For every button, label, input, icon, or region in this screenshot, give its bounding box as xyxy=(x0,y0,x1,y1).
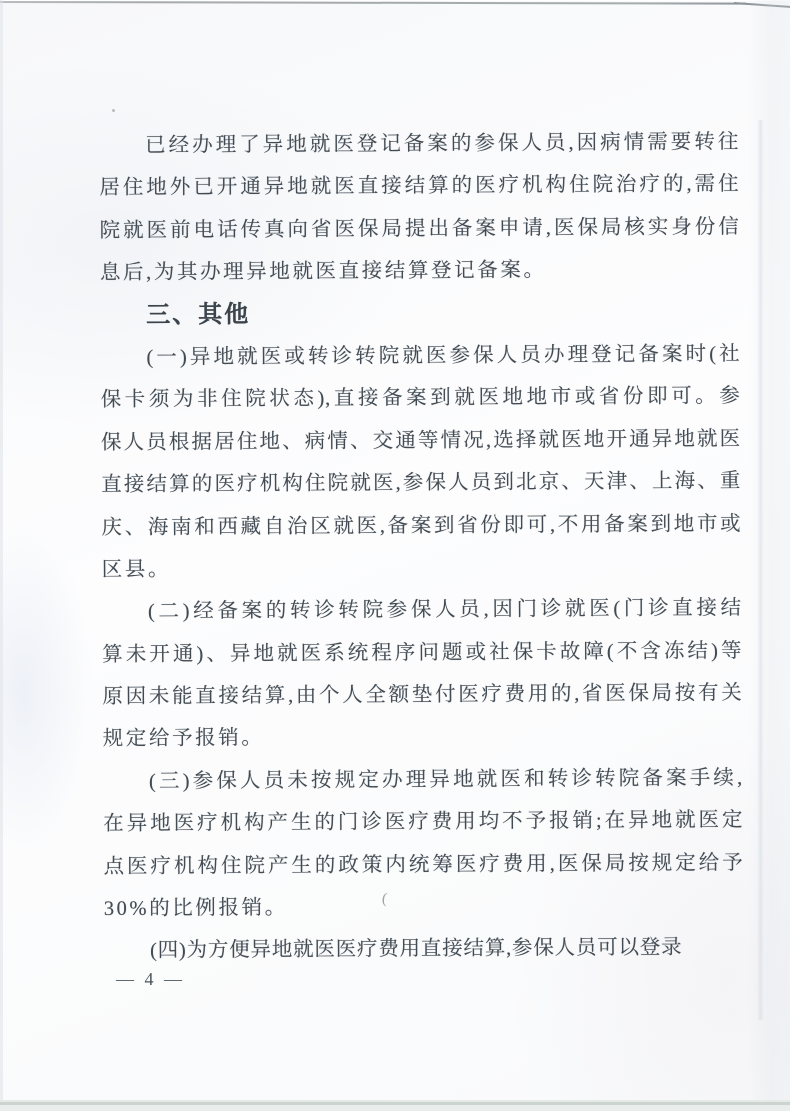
document-body: 已经办理了异地就医登记备案的参保人员,因病情需要转往 居住地外已开通异地就医直接… xyxy=(99,121,744,973)
scanned-page: 已经办理了异地就医登记备案的参保人员,因病情需要转往 居住地外已开通异地就医直接… xyxy=(0,0,790,1111)
text-line: 院就医前电话传真向省医保局提出备案申请,医保局核实身份信 xyxy=(100,206,740,252)
text-line: 区县。 xyxy=(102,545,742,591)
text-line: 保卡须为非住院状态),直接备案到就医地地市或省份即可。参 xyxy=(101,375,741,421)
text-line: 居住地外已开通异地就医直接结算的医疗机构住院治疗的,需住 xyxy=(99,163,739,209)
text-line: 保人员根据居住地、病情、交通等情况,选择就医地开通异地就医 xyxy=(101,418,741,464)
text-line: 原因未能直接结算,由个人全额垫付医疗费用的,省医保局按有关 xyxy=(102,672,742,718)
text-line: 规定给予报销。 xyxy=(103,715,743,761)
text-line: 直接结算的医疗机构住院就医,参保人员到北京、天津、上海、重 xyxy=(101,460,741,506)
text-line: (四)为方便异地就医医疗费用直接结算,参保人员可以登录 xyxy=(104,926,744,972)
section-heading-other: 三、其他 xyxy=(100,291,740,337)
scan-edge-left-shading xyxy=(0,0,3,1111)
text-line: 点医疗机构住院产生的政策内统筹医疗费用,医保局按规定给予 xyxy=(103,842,743,888)
scan-edge-bottom-under xyxy=(0,1105,790,1111)
scan-edge-right-shading xyxy=(748,0,790,1111)
page-number: — 4 — xyxy=(116,965,185,993)
text-line: 已经办理了异地就医登记备案的参保人员,因病情需要转往 xyxy=(99,121,739,167)
text-line: 30%的比例报销。 xyxy=(104,884,744,930)
paper-fold-right xyxy=(757,120,764,1020)
text-line: 庆、海南和西藏自治区就医,备案到省份即可,不用备案到地市或 xyxy=(101,503,741,549)
text-line: 算未开通)、异地就医系统程序问题或社保卡故障(不含冻结)等 xyxy=(102,630,742,676)
scan-edge-top-line xyxy=(0,1,746,5)
text-line: 息后,为其办理异地就医直接结算登记备案。 xyxy=(100,248,740,294)
text-line: (二)经备案的转诊转院参保人员,因门诊就医(门诊直接结 xyxy=(102,587,742,633)
text-line: (三)参保人员未按规定办理异地就医和转诊转院备案手续, xyxy=(103,757,743,803)
text-line: (一)异地就医或转诊转院就医参保人员办理登记备案时(社 xyxy=(100,333,740,379)
dust-speck xyxy=(112,109,115,112)
text-line: 在异地医疗机构产生的门诊医疗费用均不予报销;在异地就医定 xyxy=(103,799,743,845)
